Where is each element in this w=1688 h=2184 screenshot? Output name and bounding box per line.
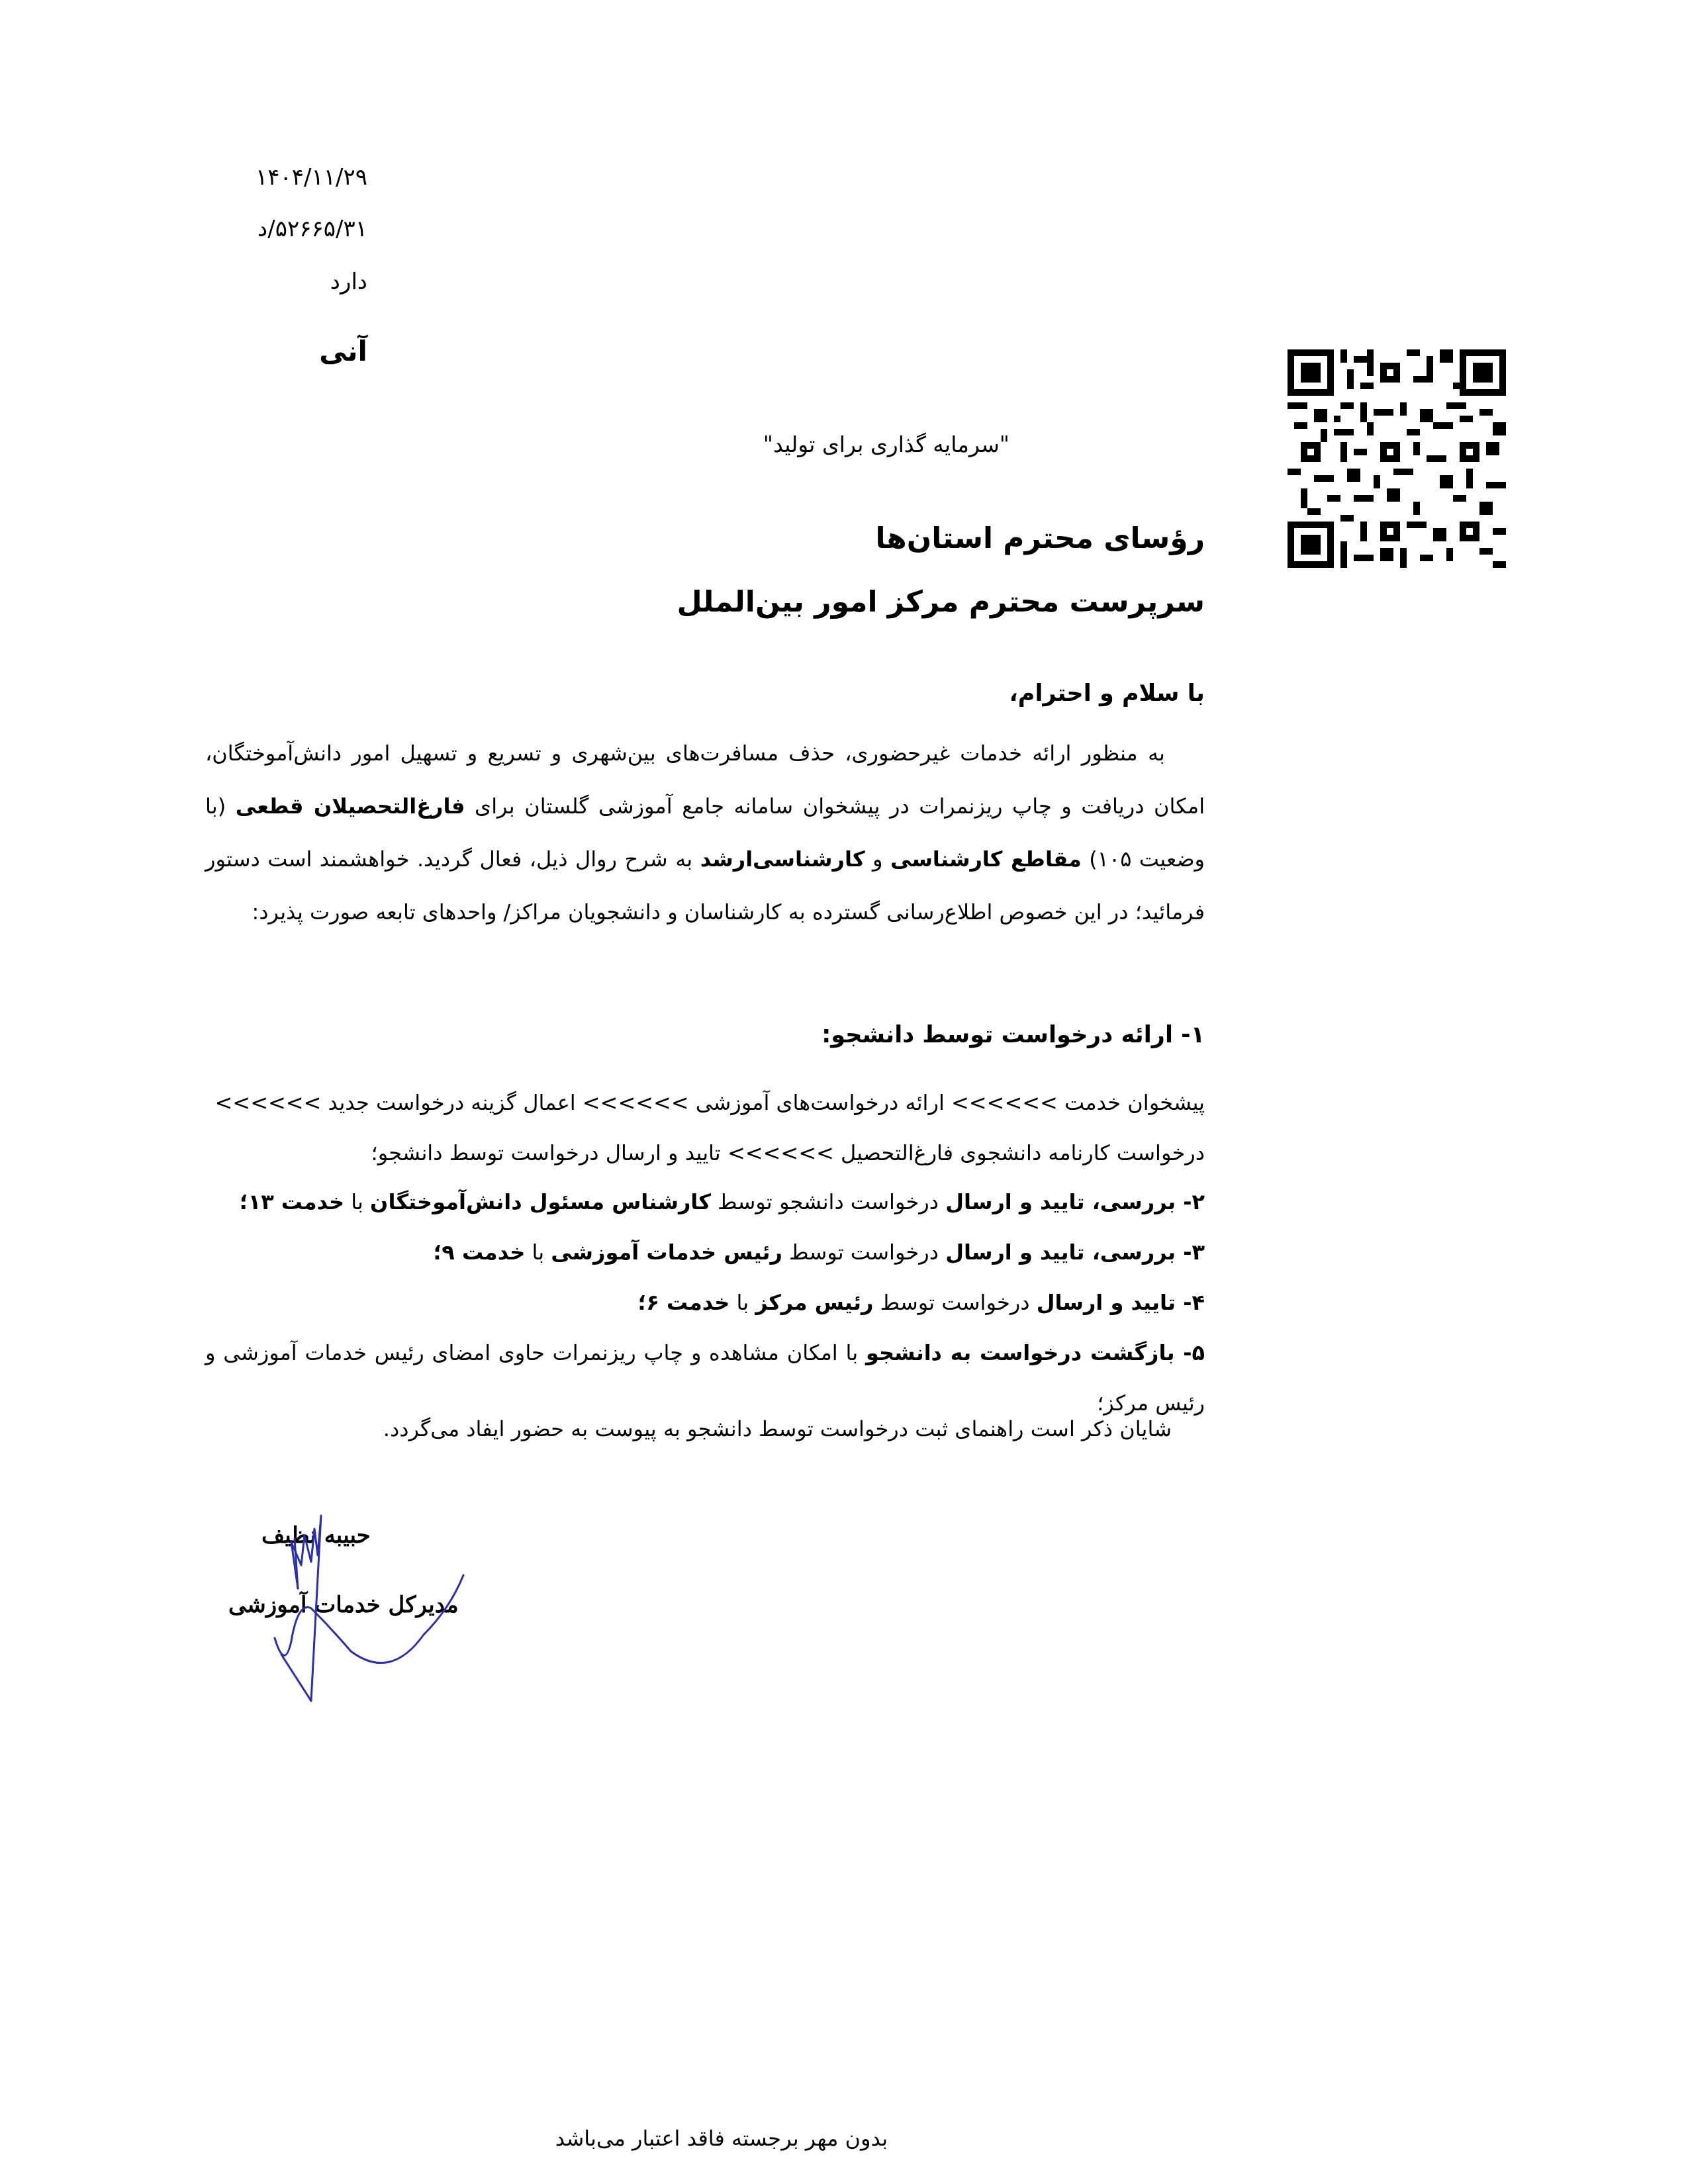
step-4-action: ۴- تایید و ارسال [1037, 1290, 1205, 1315]
step-3-service: خدمت ۹؛ [434, 1240, 526, 1265]
letter-number: ۵۲۶۶۵/۳۱/د [199, 216, 367, 242]
step-3-text: با [525, 1240, 551, 1265]
paragraph-bold-master: کارشناسی‌ارشد [700, 846, 865, 872]
step-2-role: کارشناس مسئول دانش‌آموختگان [370, 1189, 711, 1214]
step-1-path-line-1: پیشخوان خدمت >>>>>> ارائه درخواست‌های آم… [205, 1077, 1205, 1128]
step-1-path: پیشخوان خدمت >>>>>> ارائه درخواست‌های آم… [205, 1077, 1205, 1178]
step-4-text: درخواست توسط [873, 1290, 1036, 1315]
footer-validity-note: بدون مهر برجسته فاقد اعتبار می‌باشد [549, 2126, 894, 2151]
step-5-action: ۵- بازگشت درخواست به دانشجو [866, 1340, 1205, 1365]
salutation: با سلام و احترام، [1009, 680, 1205, 707]
qr-code-icon [1288, 349, 1506, 568]
step-1-path-line-2: درخواست کارنامه دانشجوی فارغ‌التحصیل >>>… [205, 1128, 1205, 1178]
step-2: ۲- بررسی، تایید و ارسال درخواست دانشجو ت… [205, 1177, 1205, 1227]
letter-date: ۱۴۰۴/۱۱/۲۹ [199, 164, 367, 191]
handwritten-signature-icon [218, 1502, 496, 1721]
step-2-text: درخواست دانشجو توسط [711, 1189, 945, 1214]
priority-label: آنی [199, 335, 367, 367]
paragraph-bold-graduates: فارغ‌التحصیلان قطعی [236, 794, 465, 819]
step-3-text: درخواست توسط [782, 1240, 945, 1265]
step-2-service: خدمت ۱۳؛ [240, 1189, 344, 1214]
attachment-note: شایان ذکر است راهنمای ثبت درخواست توسط د… [383, 1416, 1172, 1441]
paragraph-bold-bachelor: مقاطع کارشناسی [890, 846, 1082, 872]
step-3-action: ۳- بررسی، تایید و ارسال [945, 1240, 1205, 1265]
step-2-action: ۲- بررسی، تایید و ارسال [945, 1189, 1205, 1214]
step-2-text: با [344, 1189, 370, 1214]
recipient-provincial-heads: رؤسای محترم استان‌ها [876, 522, 1205, 555]
paragraph-text: و [865, 846, 890, 872]
step-4-text: با [729, 1290, 755, 1315]
step-4-service: خدمت ۶؛ [638, 1290, 730, 1315]
steps-list: ۲- بررسی، تایید و ارسال درخواست دانشجو ت… [205, 1177, 1205, 1428]
step-4-role: رئیس مرکز [755, 1290, 873, 1315]
slogan: "سرمایه گذاری برای تولید" [662, 432, 1009, 457]
recipient-international-center: سرپرست محترم مرکز امور بین‌الملل [677, 585, 1205, 619]
step-1-title: ۱- ارائه درخواست توسط دانشجو: [821, 1022, 1205, 1048]
step-4: ۴- تایید و ارسال درخواست توسط رئیس مرکز … [205, 1277, 1205, 1328]
attachment-status: دارد [199, 269, 367, 295]
step-3: ۳- بررسی، تایید و ارسال درخواست توسط رئی… [205, 1227, 1205, 1277]
body-paragraph: به منظور ارائه خدمات غیرحضوری، حذف مسافر… [205, 727, 1205, 938]
step-3-role: رئیس خدمات آموزشی [551, 1240, 782, 1265]
step-5: ۵- بازگشت درخواست به دانشجو با امکان مشا… [205, 1328, 1205, 1428]
